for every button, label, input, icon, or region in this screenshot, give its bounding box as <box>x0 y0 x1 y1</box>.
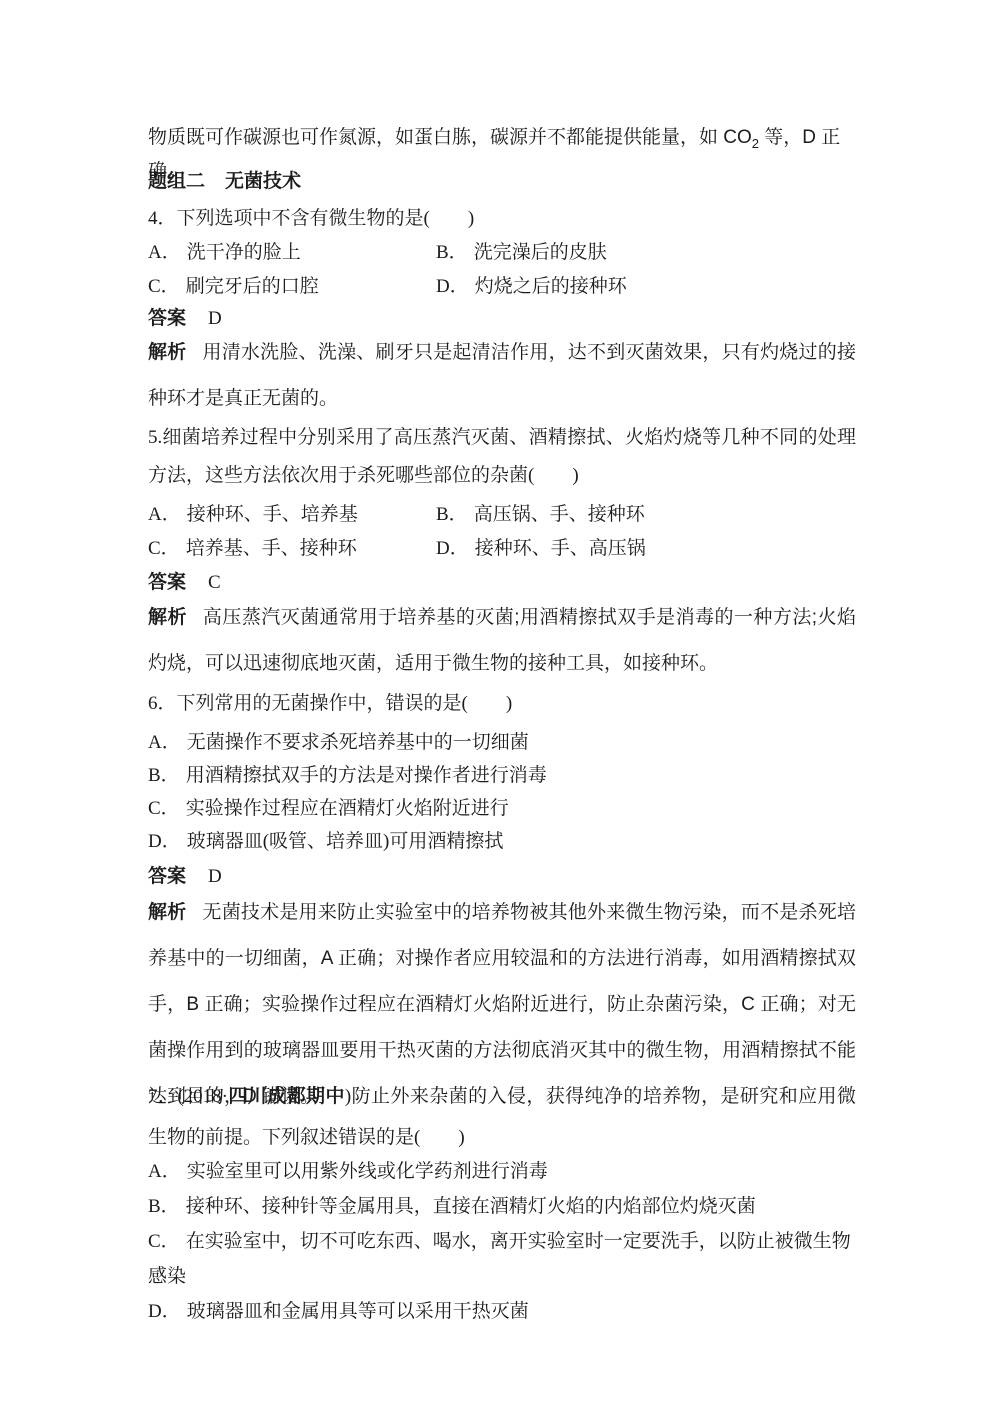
option-label: C． <box>148 798 180 819</box>
question-4-options: A．洗干净的脸上 B．洗完澡后的皮肤 C．刷完牙后的口腔 D．灼烧之后的接种环 <box>148 236 856 304</box>
question-source: 四川成都期中 <box>228 1086 345 1107</box>
option-label: C． <box>148 276 180 297</box>
option-label: A． <box>148 732 181 753</box>
option-6b: B．用酒精擦拭双手的方法是对操作者进行消毒 <box>148 759 856 792</box>
answer-label: 答案 <box>148 866 186 887</box>
option-text: 灼烧之后的接种环 <box>475 276 627 297</box>
question-number: 5. <box>148 427 162 448</box>
option-7a: A．实验室里可以用紫外线或化学药剂进行消毒 <box>148 1154 856 1189</box>
option-text: 实验操作过程应在酒精灯火焰附近进行 <box>186 798 509 819</box>
option-label: B． <box>436 242 468 263</box>
option-text: 用酒精擦拭双手的方法是对操作者进行消毒 <box>186 765 547 786</box>
question-text: 细菌培养过程中分别采用了高压蒸汽灭菌、酒精擦拭、火焰灼烧等几种不同的处理方法，这… <box>148 427 856 486</box>
option-text: 玻璃器皿和金属用具等可以采用干热灭菌 <box>187 1301 529 1322</box>
question-5-stem: 5.细菌培养过程中分别采用了高压蒸汽灭菌、酒精擦拭、火焰灼烧等几种不同的处理方法… <box>148 419 856 495</box>
option-4b: B．洗完澡后的皮肤 <box>436 236 856 270</box>
option-7b: B．接种环、接种针等金属用具，直接在酒精灯火焰的内焰部位灼烧灭菌 <box>148 1189 856 1224</box>
option-6a: A．无菌操作不要求杀死培养基中的一切细菌 <box>148 726 856 759</box>
option-4a: A．洗干净的脸上 <box>148 236 436 270</box>
question-number: 4． <box>148 208 177 229</box>
question-text: 下列选项中不含有微生物的是( ) <box>177 208 475 229</box>
answer-value: C <box>208 572 221 593</box>
option-text: 接种环、接种针等金属用具，直接在酒精灯火焰的内焰部位灼烧灭菌 <box>186 1196 756 1217</box>
question-7-options: A．实验室里可以用紫外线或化学药剂进行消毒 B．接种环、接种针等金属用具，直接在… <box>148 1154 856 1329</box>
question-number: 6． <box>148 693 177 714</box>
question-source-open: (2018· <box>177 1086 228 1107</box>
option-label: B． <box>148 1196 180 1217</box>
option-5a: A．接种环、手、培养基 <box>148 498 436 532</box>
question-4-analysis: 解析用清水洗脸、洗澡、刷牙只是起清洁作用，达不到灭菌效果，只有灼烧过的接种环才是… <box>148 330 856 422</box>
option-text: 接种环、手、高压锅 <box>475 538 646 559</box>
co2-subscript: 2 <box>752 136 759 151</box>
option-label: B． <box>148 765 180 786</box>
question-6-answer: 答案D <box>148 860 856 894</box>
question-5-options: A．接种环、手、培养基 B．高压锅、手、接种环 C．培养基、手、接种环 D．接种… <box>148 498 856 566</box>
option-label: A． <box>148 1161 181 1182</box>
option-label: C． <box>148 538 180 559</box>
answer-label: 答案 <box>148 308 186 329</box>
option-4d: D．灼烧之后的接种环 <box>436 270 856 304</box>
option-6c: C．实验操作过程应在酒精灯火焰附近进行 <box>148 792 856 825</box>
question-4-stem: 4．下列选项中不含有微生物的是( ) <box>148 202 856 236</box>
option-label: D． <box>436 538 469 559</box>
option-label: A． <box>148 504 181 525</box>
section-title: 无菌技术 <box>225 171 301 192</box>
answer-label: 答案 <box>148 572 186 593</box>
question-6-options: A．无菌操作不要求杀死培养基中的一切细菌 B．用酒精擦拭双手的方法是对操作者进行… <box>148 726 856 858</box>
analysis-text: 用清水洗脸、洗澡、刷牙只是起清洁作用，达不到灭菌效果，只有灼烧过的接种环才是真正… <box>148 342 856 409</box>
option-text: 洗完澡后的皮肤 <box>474 242 607 263</box>
answer-value: D <box>208 866 222 887</box>
analysis-label: 解析 <box>148 342 186 363</box>
section-tag: 题组二 <box>148 171 205 192</box>
question-7-stem: 7．(2018·四川成都期中)防止外来杂菌的入侵，获得纯净的培养物，是研究和应用… <box>148 1076 856 1158</box>
section-heading: 题组二无菌技术 <box>148 168 856 196</box>
analysis-text: 高压蒸汽灭菌通常用于培养基的灭菌;用酒精擦拭双手是消毒的一种方法;火焰灼烧，可以… <box>148 607 856 674</box>
option-text: 培养基、手、接种环 <box>186 538 357 559</box>
analysis-label: 解析 <box>148 902 186 923</box>
option-label: B． <box>436 504 468 525</box>
option-text: 无菌操作不要求杀死培养基中的一切细菌 <box>187 732 529 753</box>
option-4c: C．刷完牙后的口腔 <box>148 270 436 304</box>
option-text: 接种环、手、培养基 <box>187 504 358 525</box>
option-label: D． <box>436 276 469 297</box>
option-text: 高压锅、手、接种环 <box>474 504 645 525</box>
question-5-analysis: 解析高压蒸汽灭菌通常用于培养基的灭菌;用酒精擦拭双手是消毒的一种方法;火焰灼烧，… <box>148 595 856 687</box>
option-text: 实验室里可以用紫外线或化学药剂进行消毒 <box>187 1161 548 1182</box>
option-text: 刷完牙后的口腔 <box>186 276 319 297</box>
option-label: C． <box>148 1231 180 1252</box>
option-label: A． <box>148 242 181 263</box>
option-5b: B．高压锅、手、接种环 <box>436 498 856 532</box>
analysis-label: 解析 <box>148 607 187 628</box>
option-6d: D．玻璃器皿(吸管、培养皿)可用酒精擦拭 <box>148 825 856 858</box>
option-label: D． <box>148 1301 181 1322</box>
option-text: 玻璃器皿(吸管、培养皿)可用酒精擦拭 <box>187 831 504 852</box>
question-6-stem: 6．下列常用的无菌操作中，错误的是( ) <box>148 687 856 721</box>
question-number: 7． <box>148 1086 177 1107</box>
option-label: D． <box>148 831 181 852</box>
tail-text-pre: 物质既可作碳源也可作氮源，如蛋白胨，碳源并不都能提供能量，如 CO <box>148 127 752 148</box>
option-7c: C．在实验室中，切不可吃东西、喝水，离开实验室时一定要洗手，以防止被微生物感染 <box>148 1224 856 1294</box>
question-text: 下列常用的无菌操作中，错误的是( ) <box>177 693 513 714</box>
option-text: 洗干净的脸上 <box>187 242 301 263</box>
document-page: 物质既可作碳源也可作氮源，如蛋白胨，碳源并不都能提供能量，如 CO2 等，D 正… <box>0 0 1000 1414</box>
option-text: 在实验室中，切不可吃东西、喝水，离开实验室时一定要洗手，以防止被微生物感染 <box>148 1231 851 1287</box>
answer-value: D <box>208 308 222 329</box>
option-7d: D．玻璃器皿和金属用具等可以采用干热灭菌 <box>148 1294 856 1329</box>
option-5d: D．接种环、手、高压锅 <box>436 532 856 566</box>
option-5c: C．培养基、手、接种环 <box>148 532 436 566</box>
